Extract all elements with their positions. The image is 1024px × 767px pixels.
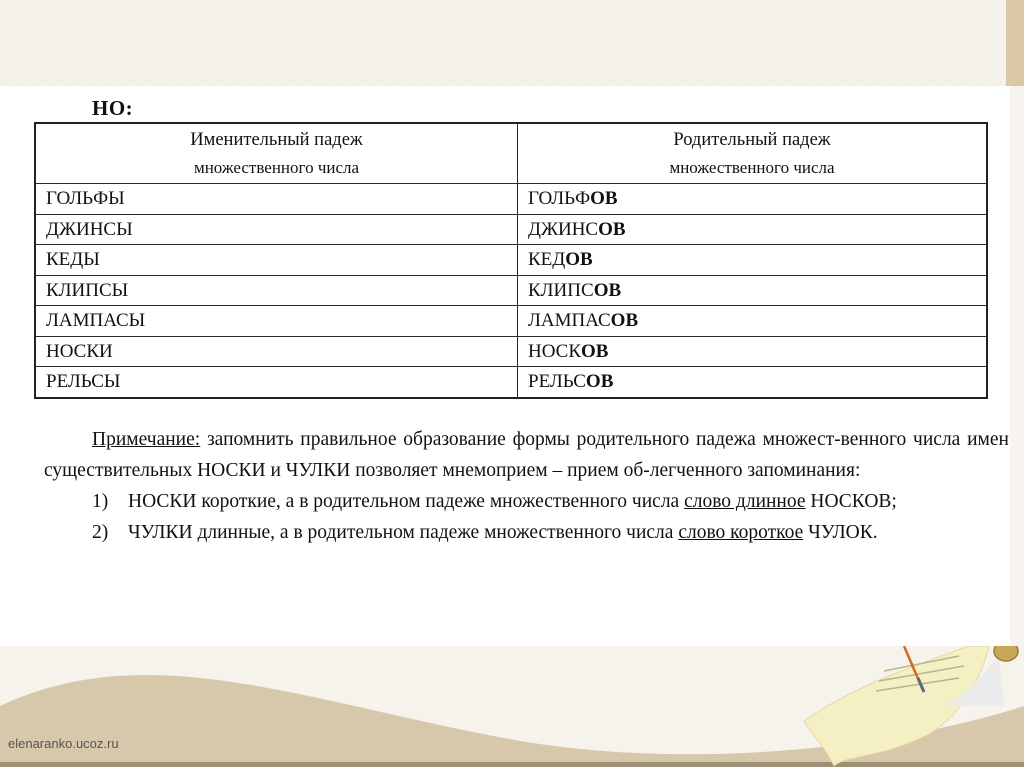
top-band-edge [1006, 0, 1024, 86]
table-row: РЕЛЬСЫРЕЛЬСОВ [35, 367, 987, 398]
header-genitive: Родительный падеж множественного числа [518, 123, 988, 184]
footer-site-text: elenaranko.ucoz.ru [8, 736, 119, 751]
table-row: ГОЛЬФЫГОЛЬФОВ [35, 184, 987, 215]
case-table: Именительный падеж множественного числа … [34, 122, 988, 399]
genitive-cell: ЛАМПАСОВ [518, 306, 988, 337]
right-edge-strip [1010, 86, 1024, 646]
nominative-cell: КЕДЫ [35, 245, 518, 276]
list-tail: НОСКОВ; [806, 491, 897, 512]
list-text: ЧУЛКИ длинные, а в родительном падеже мн… [128, 522, 678, 543]
nominative-cell: ЛАМПАСЫ [35, 306, 518, 337]
genitive-stem: РЕЛЬС [528, 371, 586, 392]
genitive-stem: ЛАМПАС [528, 310, 611, 331]
genitive-ending: ОВ [581, 341, 608, 362]
list-text: НОСКИ короткие, а в родительном падеже м… [128, 491, 684, 512]
genitive-stem: КЛИПС [528, 280, 594, 301]
list-number: 2) [92, 517, 108, 548]
note-block: Примечание: запомнить правильное образов… [44, 424, 1009, 548]
nominative-cell: РЕЛЬСЫ [35, 367, 518, 398]
genitive-cell: ГОЛЬФОВ [518, 184, 988, 215]
genitive-stem: ДЖИНС [528, 219, 598, 240]
list-item: 2)ЧУЛКИ длинные, а в родительном падеже … [44, 517, 1009, 548]
genitive-ending: ОВ [586, 371, 613, 392]
genitive-stem: КЕД [528, 249, 565, 270]
genitive-ending: ОВ [565, 249, 592, 270]
header-line1: Именительный падеж [190, 130, 362, 150]
bottom-decorative-band [0, 646, 1024, 767]
genitive-stem: ГОЛЬФ [528, 188, 590, 209]
table-row: ДЖИНСЫДЖИНСОВ [35, 214, 987, 245]
genitive-cell: РЕЛЬСОВ [518, 367, 988, 398]
list-underlined: слово короткое [678, 522, 803, 543]
header-line2: множественного числа [528, 154, 976, 182]
genitive-ending: ОВ [598, 219, 625, 240]
genitive-ending: ОВ [594, 280, 621, 301]
list-item: 1)НОСКИ короткие, а в родительном падеже… [44, 486, 1009, 517]
genitive-ending: ОВ [611, 310, 638, 331]
top-decorative-band [0, 0, 1024, 86]
nominative-cell: ДЖИНСЫ [35, 214, 518, 245]
heading: НО: [92, 96, 133, 121]
nominative-cell: ГОЛЬФЫ [35, 184, 518, 215]
header-nominative: Именительный падеж множественного числа [35, 123, 518, 184]
genitive-cell: КЛИПСОВ [518, 275, 988, 306]
scroll-with-quill-icon [764, 646, 1024, 767]
table-header-row: Именительный падеж множественного числа … [35, 123, 987, 184]
table-row: ЛАМПАСЫЛАМПАСОВ [35, 306, 987, 337]
genitive-cell: НОСКОВ [518, 336, 988, 367]
nominative-cell: НОСКИ [35, 336, 518, 367]
list-tail: ЧУЛОК. [803, 522, 877, 543]
table-row: КЛИПСЫКЛИПСОВ [35, 275, 987, 306]
genitive-stem: НОСК [528, 341, 581, 362]
header-line2: множественного числа [46, 154, 507, 182]
header-line1: Родительный падеж [673, 130, 830, 150]
list-underlined: слово длинное [684, 491, 805, 512]
genitive-ending: ОВ [590, 188, 617, 209]
genitive-cell: ДЖИНСОВ [518, 214, 988, 245]
genitive-cell: КЕДОВ [518, 245, 988, 276]
table-row: НОСКИНОСКОВ [35, 336, 987, 367]
note-paragraph: Примечание: запомнить правильное образов… [44, 424, 1009, 486]
nominative-cell: КЛИПСЫ [35, 275, 518, 306]
note-label: Примечание: [92, 429, 200, 450]
mnemonic-list: 1)НОСКИ короткие, а в родительном падеже… [44, 486, 1009, 548]
list-number: 1) [92, 486, 108, 517]
table-row: КЕДЫКЕДОВ [35, 245, 987, 276]
